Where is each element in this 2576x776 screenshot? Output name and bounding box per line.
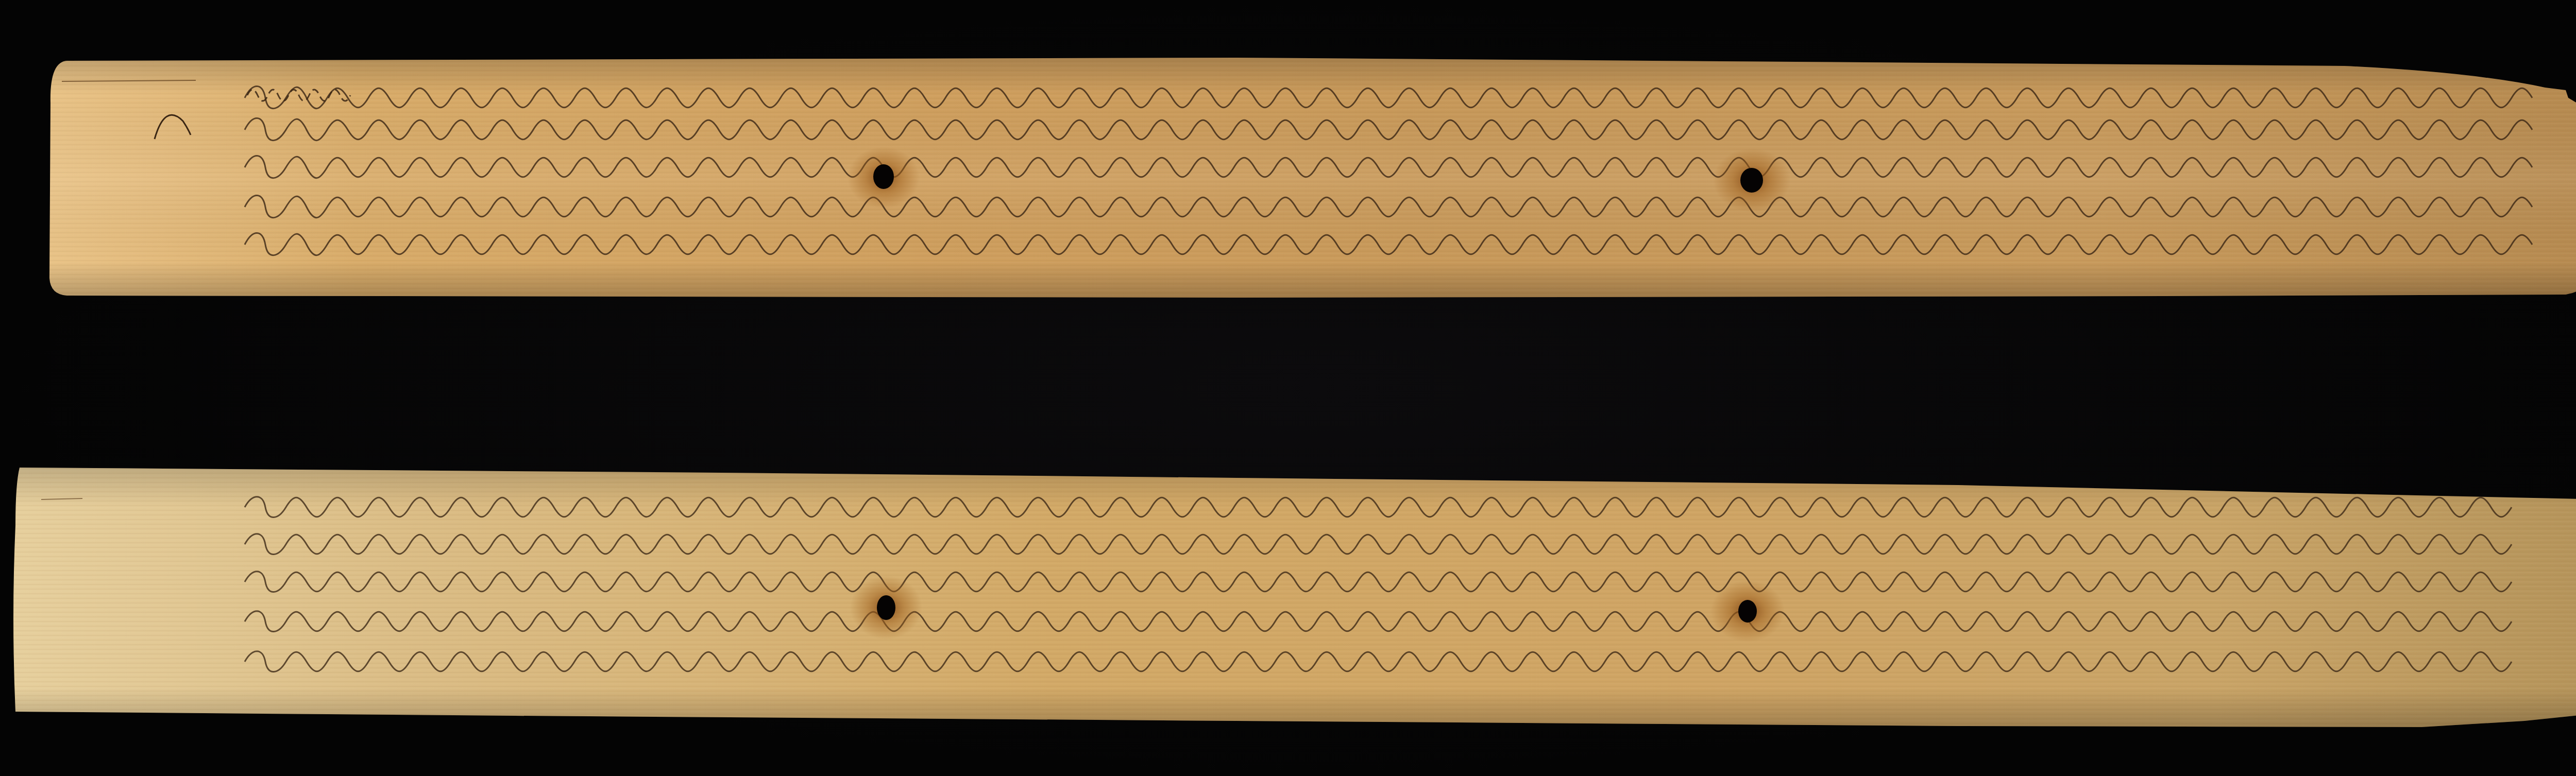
- upper-palm-leaf: Upper palm leaf folio: [0, 0, 2576, 360]
- binding-hole-right: [1740, 168, 1763, 193]
- binding-hole-left: [877, 595, 895, 620]
- binding-hole-right: [1738, 600, 1757, 623]
- binding-hole-left: [873, 164, 894, 189]
- lower-palm-leaf: Lower palm leaf folio: [0, 412, 2576, 776]
